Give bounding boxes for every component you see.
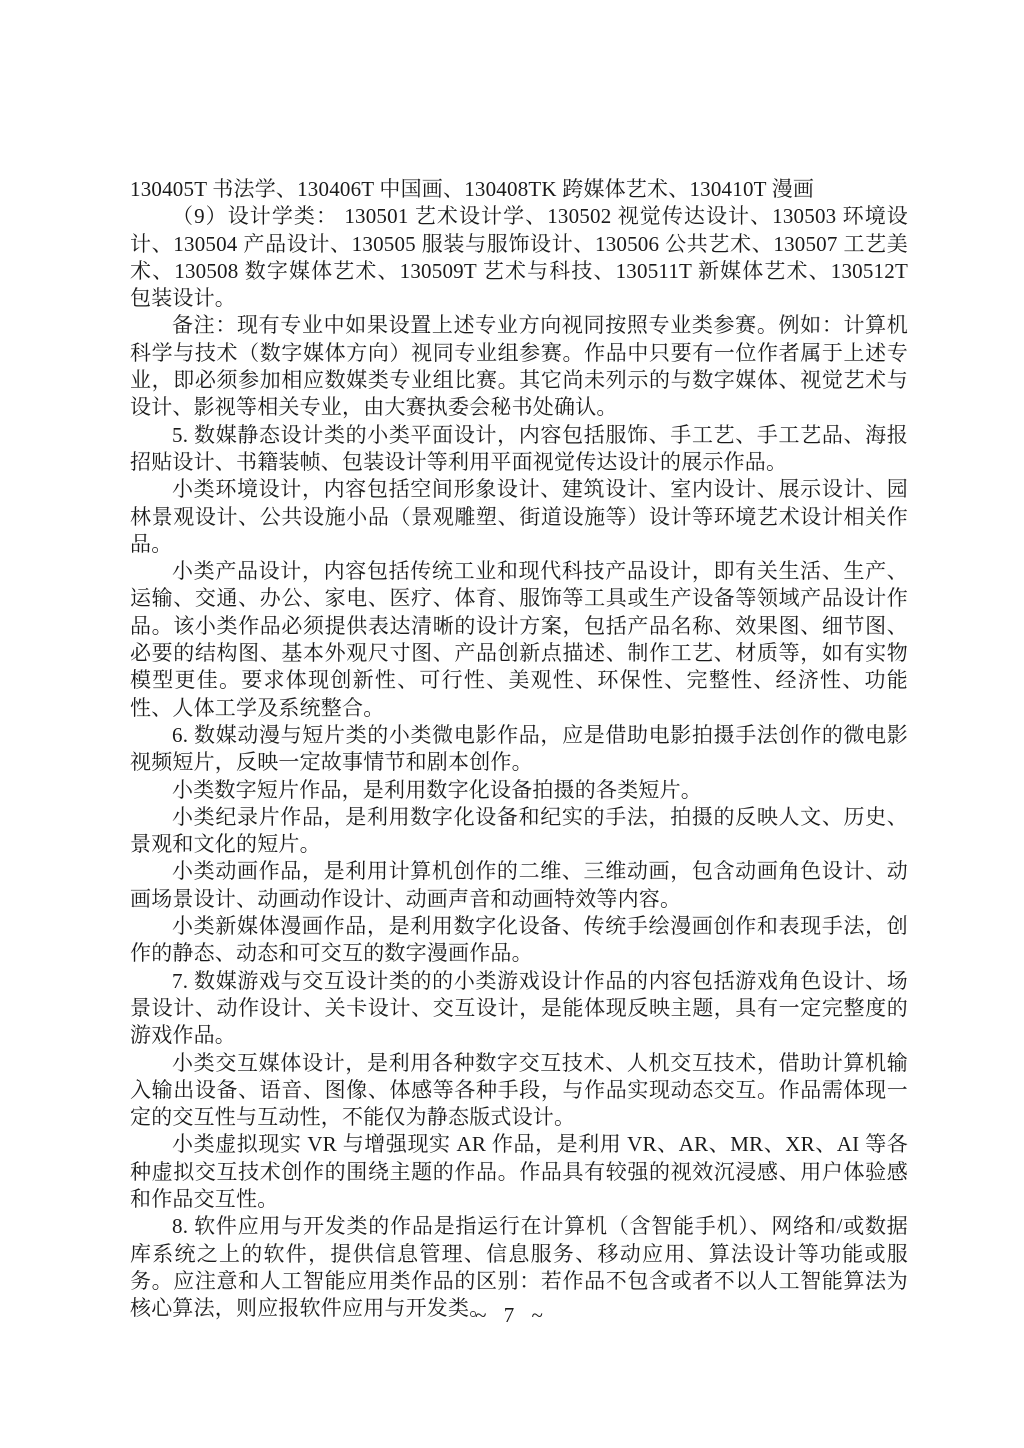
paragraph-documentary: 小类纪录片作品，是利用数字化设备和纪实的手法，拍摄的反映人文、历史、景观和文化的… <box>130 804 908 859</box>
paragraph-major-codes-continuation: 130405T 书法学、130406T 中国画、130408TK 跨媒体艺术、1… <box>130 176 908 203</box>
paragraph-item-5-static-design: 5. 数媒静态设计类的小类平面设计，内容包括服饰、手工艺、手工艺品、海报招贴设计… <box>130 422 908 477</box>
paragraph-product-design: 小类产品设计，内容包括传统工业和现代科技产品设计，即有关生活、生产、运输、交通、… <box>130 558 908 722</box>
paragraph-animation-works: 小类动画作品，是利用计算机创作的二维、三维动画，包含动画角色设计、动画场景设计、… <box>130 858 908 913</box>
paragraph-item-6-animation-shortfilm: 6. 数媒动漫与短片类的小类微电影作品，应是借助电影拍摄手法创作的微电影视频短片… <box>130 722 908 777</box>
document-body: 130405T 书法学、130406T 中国画、130408TK 跨媒体艺术、1… <box>130 176 908 1322</box>
page-number: ~ 7 ~ <box>0 1303 1024 1328</box>
paragraph-vr-ar-works: 小类虚拟现实 VR 与增强现实 AR 作品，是利用 VR、AR、MR、XR、AI… <box>130 1131 908 1213</box>
paragraph-digital-short-film: 小类数字短片作品，是利用数字化设备拍摄的各类短片。 <box>130 777 908 804</box>
document-page: 130405T 书法学、130406T 中国画、130408TK 跨媒体艺术、1… <box>0 0 1024 1448</box>
paragraph-interactive-media-design: 小类交互媒体设计，是利用各种数字交互技术、人机交互技术，借助计算机输入输出设备、… <box>130 1050 908 1132</box>
paragraph-note: 备注：现有专业中如果设置上述专业方向视同按照专业类参赛。例如：计算机科学与技术（… <box>130 312 908 421</box>
paragraph-item-7-game-interaction: 7. 数媒游戏与交互设计类的的小类游戏设计作品的内容包括游戏角色设计、场景设计、… <box>130 968 908 1050</box>
paragraph-design-majors-list: （9）设计学类： 130501 艺术设计学、130502 视觉传达设计、1305… <box>130 203 908 312</box>
paragraph-environment-design: 小类环境设计，内容包括空间形象设计、建筑设计、室内设计、展示设计、园林景观设计、… <box>130 476 908 558</box>
paragraph-new-media-comic: 小类新媒体漫画作品，是利用数字化设备、传统手绘漫画创作和表现手法，创作的静态、动… <box>130 913 908 968</box>
